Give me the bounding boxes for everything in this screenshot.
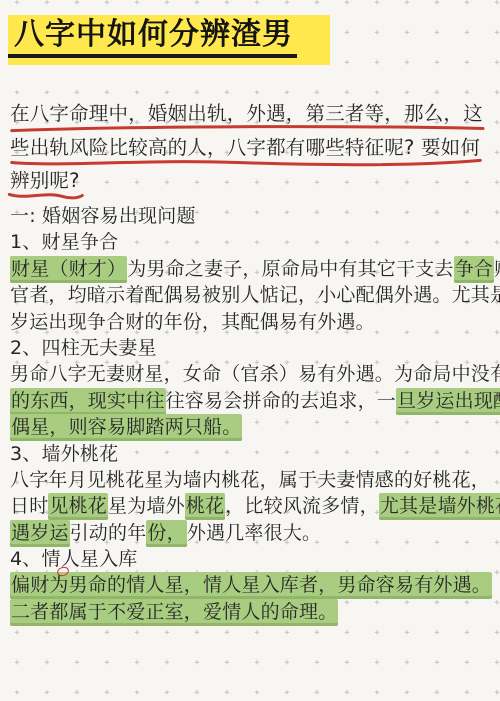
- text-line: 岁运出现争合财的年份，其配偶易有外遇。: [10, 309, 496, 335]
- red-underline-icon: [7, 156, 485, 169]
- plain-text: 官者，均暗示着配偶易被别人惦记，小心配偶外遇。尤其是: [10, 284, 500, 306]
- plain-text: 为男命之妻子，原命局中有其它干支去: [127, 258, 453, 280]
- text-line: 遇岁运引动的年份，外遇几率很大。: [10, 520, 496, 546]
- plain-text: 星为墙外: [108, 495, 185, 517]
- red-underline-icon: [7, 189, 85, 202]
- plain-text: 外遇几率很大。: [187, 522, 321, 544]
- post-image: ++++++++++++++++++++++++++++++++++++++++…: [0, 0, 500, 701]
- highlighted-text: 财星（财才）: [10, 256, 127, 283]
- plain-text: ，比较风流多情，: [225, 495, 379, 517]
- article-body: 一: 婚姻容易出现问题1、财星争合财星（财才）为男命之妻子，原命局中有其它干支去…: [10, 203, 496, 625]
- plain-text: 八字年月见桃花星为墙内桃花，属于夫妻情感的好桃花，: [10, 469, 490, 491]
- text-line: 八字年月见桃花星为墙内桃花，属于夫妻情感的好桃花，: [10, 467, 496, 493]
- highlighted-text: 见桃花: [48, 493, 108, 520]
- highlighted-text: 旦岁运出现配: [396, 388, 500, 415]
- text-line: 官者，均暗示着配偶易被别人惦记，小心配偶外遇。尤其是: [10, 282, 496, 308]
- highlighted-text: 二者都属于不爱正室，爱情人的命理。: [10, 599, 338, 626]
- plain-text: 4、情人星入库: [10, 548, 138, 570]
- intro-line: 些出轨风险比较高的人，八字都有哪些特征呢? 要如何: [10, 135, 492, 169]
- plain-text: 日时: [10, 495, 48, 517]
- text-line: 4、情人星入库: [10, 546, 496, 572]
- page-title: 八字中如何分辨渣男: [8, 15, 297, 58]
- highlighted-text: 偏财为男命的情人星，情人星入库者，男命容易有外遇。: [10, 572, 492, 599]
- plain-text: 引动的年: [70, 522, 147, 544]
- plain-text: 往容易会拼命的去追求，一: [166, 390, 396, 412]
- red-underline-icon: [7, 122, 488, 135]
- text-line: 偏财为男命的情人星，情人星入库者，男命容易有外遇。: [10, 572, 496, 598]
- plain-text: 1、财星争合: [10, 231, 118, 253]
- highlighted-text: 遇岁运: [10, 520, 70, 547]
- plain-text: 男命八字无妻财星，女命（官杀）易有外遇。为命局中没有: [10, 363, 500, 385]
- highlighted-text: 尤其是墙外桃花: [379, 493, 500, 520]
- text-line: 3、墙外桃花: [10, 441, 496, 467]
- title-highlight: 八字中如何分辨渣男: [8, 15, 330, 65]
- highlighted-text: 争合: [454, 256, 494, 283]
- text-line: 财星（财才）为男命之妻子，原命局中有其它干支去争合财: [10, 256, 496, 282]
- highlighted-text: 桃花: [185, 493, 225, 520]
- plain-text: 一: 婚姻容易出现问题: [10, 205, 196, 227]
- text-line: 二者都属于不爱正室，爱情人的命理。: [10, 599, 496, 625]
- text-line: 偶星，则容易脚踏两只船。: [10, 414, 496, 440]
- text-line: 1、财星争合: [10, 229, 496, 255]
- intro-line: 辨别呢?: [10, 168, 492, 202]
- highlighted-text: 的东西，现实中往: [10, 388, 166, 415]
- plain-text: 财: [494, 258, 500, 280]
- highlighted-text: 偶星，则容易脚踏两只船。: [10, 414, 242, 441]
- text-line: 2、四柱无夫妻星: [10, 335, 496, 361]
- text-line: 一: 婚姻容易出现问题: [10, 203, 496, 229]
- plain-text: 岁运出现争合财的年份，其配偶易有外遇。: [10, 311, 375, 333]
- intro-line: 在八字命理中，婚姻出轨，外遇，第三者等，那么，这: [10, 101, 492, 135]
- text-line: 的东西，现实中往往容易会拼命的去追求，一旦岁运出现配: [10, 388, 496, 414]
- highlighted-text: 份，: [146, 520, 186, 547]
- plain-text: 3、墙外桃花: [10, 443, 118, 465]
- intro-paragraph: 在八字命理中，婚姻出轨，外遇，第三者等，那么，这 些出轨风险比较高的人，八字都有…: [10, 101, 492, 202]
- text-line: 男命八字无妻财星，女命（官杀）易有外遇。为命局中没有: [10, 361, 496, 387]
- plain-text: 2、四柱无夫妻星: [10, 337, 157, 359]
- text-line: 日时见桃花星为墙外桃花，比较风流多情，尤其是墙外桃花: [10, 493, 496, 519]
